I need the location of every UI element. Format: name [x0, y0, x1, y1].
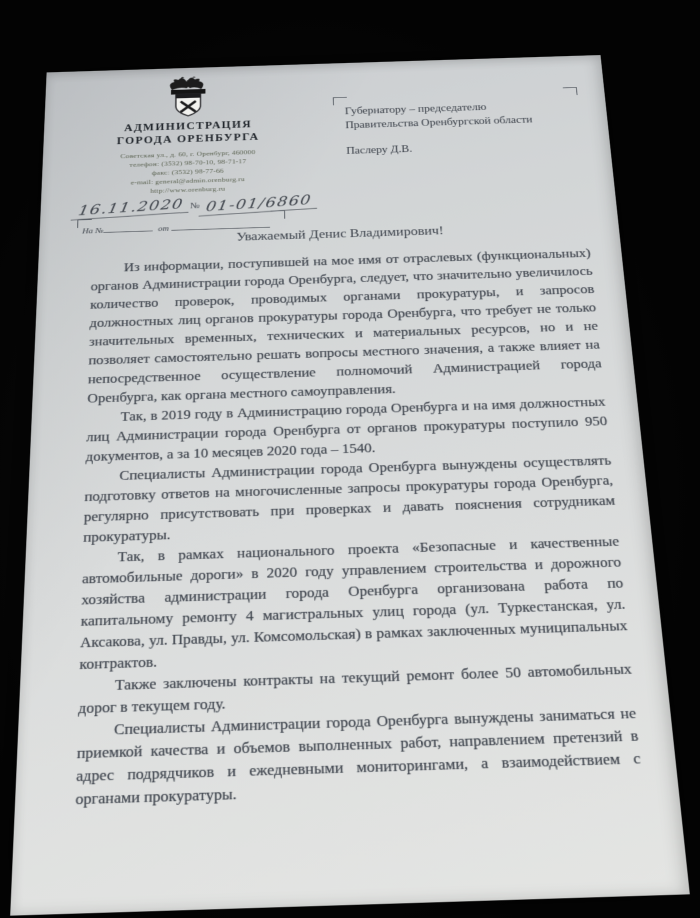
orenburg-coat-of-arms-icon	[164, 75, 212, 120]
stamp-zone-corner-right-icon	[271, 210, 286, 219]
body-paragraph: Так, в рамках национального проекта «Без…	[79, 531, 630, 675]
body-paragraph: Специалисты Администрации города Оренбур…	[75, 702, 644, 811]
photo-background: АДМИНИСТРАЦИЯ ГОРОДА ОРЕНБУРГА Советская…	[0, 0, 700, 918]
addressee-block: Губернатору – председателю Правительства…	[345, 97, 594, 158]
addressee-zone-corner-right-icon	[563, 87, 578, 95]
ref-number-blank	[104, 224, 153, 233]
outgoing-date-handwritten: 16.11.2020	[71, 196, 191, 221]
org-name: АДМИНИСТРАЦИЯ ГОРОДА ОРЕНБУРГА	[73, 118, 303, 151]
body-paragraph: Из информации, поступившей на мое имя от…	[87, 244, 604, 408]
letterhead-contacts: Советская ул., д. 60, г. Оренбург, 46000…	[71, 146, 303, 198]
number-sign: №	[190, 200, 200, 211]
stamp-zone-corner-left-icon	[77, 219, 92, 228]
outgoing-registration: 16.11.2020№01-01/6860	[71, 194, 305, 218]
letter-document: АДМИНИСТРАЦИЯ ГОРОДА ОРЕНБУРГА Советская…	[10, 55, 690, 916]
addressee-name: Паслеру Д.В.	[346, 137, 594, 159]
letter-body: Уважаемый Денис Владимирович! Из информа…	[75, 219, 644, 811]
outgoing-number-handwritten: 01-01/6860	[199, 192, 319, 217]
